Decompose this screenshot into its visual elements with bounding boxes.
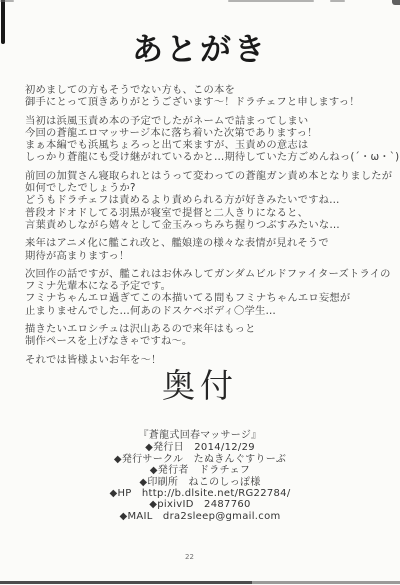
colophon-entry-publisher: ◆発行者 ドラチェフ bbox=[0, 465, 400, 476]
afterword-text-line: どうもドラチェフは責めるより責められる方が好きみたいですね… bbox=[25, 194, 390, 206]
afterword-text-line: 前回の加賀さん寝取られとはうって変わっての蒼龍ガン責め本となりましたが bbox=[25, 170, 390, 182]
scanned-afterword-page: あとがき 初めましての方もそうでない方も、この本を 御手にとって頂きありがとうご… bbox=[0, 0, 400, 585]
afterword-text-line: 普段オドオドしてる羽黒が寝室で提督と二人きりになると、 bbox=[25, 207, 390, 219]
page-number: 22 bbox=[185, 553, 194, 561]
afterword-text-line: 次回作の話ですが、艦これはお休みしてガンダムビルドファイターズトライの bbox=[25, 268, 390, 280]
afterword-paragraph: 初めましての方もそうでない方も、この本を 御手にとって頂きありがとうございます〜… bbox=[25, 84, 390, 109]
afterword-text-line: 今回の蒼龍エロマッサージ本に落ち着いた次第でありますっ！ bbox=[25, 127, 390, 139]
afterword-text-line: 期待が高まりますっ！ bbox=[25, 250, 390, 262]
colophon-entry-circle: ◆発行サークル たぬきんぐすりーぶ bbox=[0, 454, 400, 465]
scan-artifact-top-right bbox=[392, 0, 400, 5]
scan-artifact-bottom-edge bbox=[0, 581, 252, 584]
afterword-text-line: 初めましての方もそうでない方も、この本を bbox=[25, 84, 390, 96]
colophon-heading: 奥付 bbox=[0, 360, 400, 407]
colophon-book-title: 『蒼龍式回春マッサージ』 bbox=[0, 430, 400, 441]
afterword-paragraph: 前回の加賀さん寝取られとはうって変わっての蒼龍ガン責め本となりましたが 如何でし… bbox=[25, 170, 390, 231]
afterword-body: 初めましての方もそうでない方も、この本を 御手にとって頂きありがとうございます〜… bbox=[25, 84, 390, 372]
scan-artifact-top-edge bbox=[0, 0, 14, 2]
afterword-paragraph: 描きたいエロシチュは沢山あるので来年はもっと 制作ペースを上げなきゃですね〜。 bbox=[25, 323, 390, 348]
afterword-text-line: まぁ本編でも浜風ちょろっと出て来ますが、玉責めの意志は bbox=[25, 139, 390, 151]
afterword-text-line: 描きたいエロシチュは沢山あるので来年はもっと bbox=[25, 323, 390, 335]
afterword-paragraph: 次回作の話ですが、艦これはお休みしてガンダムビルドファイターズトライの フミナ先… bbox=[25, 268, 390, 317]
afterword-text-line: 来年はアニメ化に艦これ改と、艦娘達の様々な表情が見れそうで bbox=[25, 237, 390, 249]
afterword-text-line: しっかり蒼龍にも受け継がれているかと…期待していた方ごめんねっ(´・ω・`) bbox=[25, 151, 390, 163]
scan-artifact-top-edge bbox=[330, 0, 345, 2]
scan-artifact-bottom-edge bbox=[252, 581, 400, 584]
afterword-paragraph: 来年はアニメ化に艦これ改と、艦娘達の様々な表情が見れそうで 期待が高まりますっ！ bbox=[25, 237, 390, 262]
colophon-entry-printer: ◆印刷所 ねこのしっぽ様 bbox=[0, 477, 400, 488]
afterword-text-line: 制作ペースを上げなきゃですね〜。 bbox=[25, 335, 390, 347]
colophon-block: 『蒼龍式回春マッサージ』 ◆発行日 2014/12/29 ◆発行サークル たぬき… bbox=[0, 430, 400, 522]
colophon-entry-pixiv-id: ◆pixivID 2487760 bbox=[0, 499, 400, 510]
afterword-paragraph: 当初は浜風玉責め本の予定でしたがネームで詰まってしまい 今回の蒼龍エロマッサージ… bbox=[25, 115, 390, 164]
colophon-entry-publish-date: ◆発行日 2014/12/29 bbox=[0, 442, 400, 453]
afterword-text-line: フミナちゃんエロ過ぎてこの本描いてる間もフミナちゃんエロ妄想が bbox=[25, 292, 390, 304]
afterword-heading: あとがき bbox=[0, 24, 400, 69]
scan-artifact-top-edge bbox=[228, 0, 314, 2]
afterword-text-line: 当初は浜風玉責め本の予定でしたがネームで詰まってしまい bbox=[25, 115, 390, 127]
afterword-text-line: 御手にとって頂きありがとうございます〜！ドラチェフと申しますっ！ bbox=[25, 96, 390, 108]
afterword-text-line: フミナ先輩本になる予定です。 bbox=[25, 280, 390, 292]
colophon-entry-mail: ◆MAIL dra2sleep@gmail.com bbox=[0, 511, 400, 522]
colophon-entry-homepage: ◆HP http://b.dlsite.net/RG22784/ bbox=[0, 488, 400, 499]
afterword-text-line: 如何でしたでしょうか? bbox=[25, 182, 390, 194]
afterword-text-line: 言葉責めしながら嬉々として金玉みっちみち握りつぶすみたいな… bbox=[25, 219, 390, 231]
afterword-text-line: 止まりませんでした…何あのドスケベボディ〇学生… bbox=[25, 305, 390, 317]
